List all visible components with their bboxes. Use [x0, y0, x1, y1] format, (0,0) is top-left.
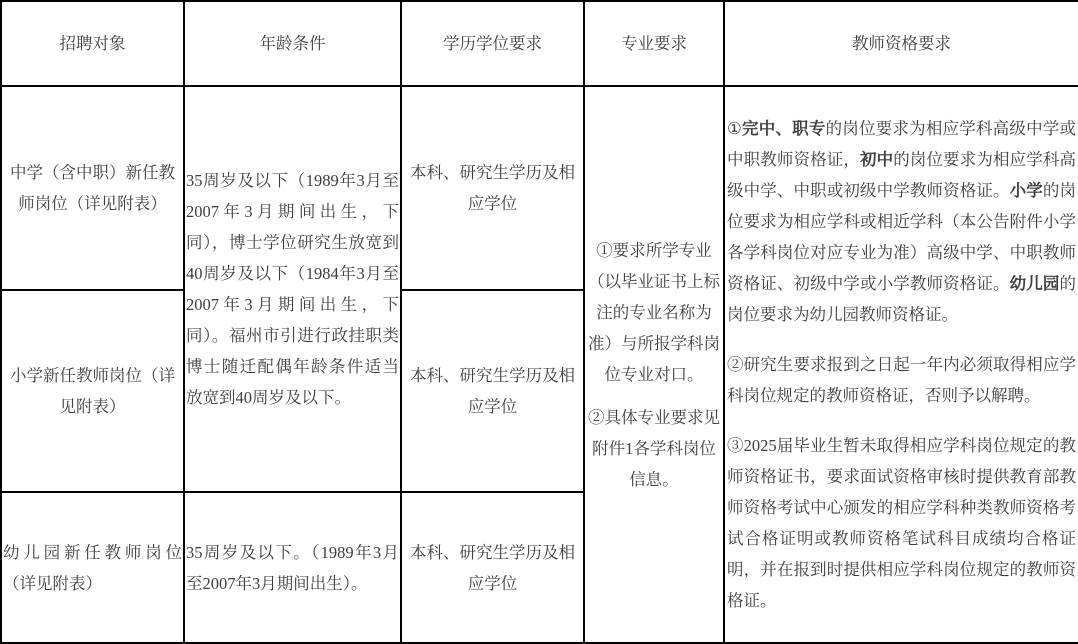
table-row-secondary-school: 中学（含中职）新任教师岗位（详见附表） 35周岁及以下（1989年3月至2007…: [1, 86, 1078, 290]
cell-degree-kindergarten: 本科、研究生学历及相应学位: [401, 492, 584, 643]
header-age-condition: 年龄条件: [184, 1, 401, 86]
major-requirement-item-1: ①要求所学专业（以毕业证书上标注的专业名称为准）与所报学科岗位专业对口。: [587, 235, 721, 390]
cell-target-primary: 小学新任教师岗位（详见附表）: [1, 290, 184, 493]
header-degree-requirement: 学历学位要求: [401, 1, 584, 86]
major-requirement-item-2: ②具体专业要求见附件1各学科岗位信息。: [587, 402, 721, 495]
cell-degree-primary: 本科、研究生学历及相应学位: [401, 290, 584, 493]
cell-age-rows-1-2: 35周岁及以下（1989年3月至2007年3月期间出生，下同），博士学位研究生放…: [184, 86, 401, 492]
cell-target-kindergarten: 幼儿园新任教师岗位（详见附表）: [1, 492, 184, 643]
qualification-item-3: ③2025届毕业生暂未取得相应学科岗位规定的教师资格证书，要求面试资格审核时提供…: [727, 430, 1076, 616]
header-row: 招聘对象 年龄条件 学历学位要求 专业要求 教师资格要求: [1, 1, 1078, 86]
header-recruitment-target: 招聘对象: [1, 1, 184, 86]
recruitment-requirements-table: 招聘对象 年龄条件 学历学位要求 专业要求 教师资格要求 中学（含中职）新任教师…: [0, 0, 1078, 644]
cell-degree-secondary: 本科、研究生学历及相应学位: [401, 86, 584, 290]
qualification-item-2: ②研究生要求报到之日起一年内必须取得相应学科岗位规定的教师资格证，否则予以解聘。: [727, 349, 1076, 411]
cell-target-secondary: 中学（含中职）新任教师岗位（详见附表）: [1, 86, 184, 290]
header-major-requirement: 专业要求: [584, 1, 724, 86]
cell-teacher-qualification: ①完中、职专的岗位要求为相应学科高级中学或中职教师资格证，初中的岗位要求为相应学…: [724, 86, 1078, 643]
cell-major-requirement: ①要求所学专业（以毕业证书上标注的专业名称为准）与所报学科岗位专业对口。 ②具体…: [584, 86, 724, 643]
cell-age-kindergarten: 35周岁及以下。（1989年3月至2007年3月期间出生）。: [184, 492, 401, 643]
qualification-item-1: ①完中、职专的岗位要求为相应学科高级中学或中职教师资格证，初中的岗位要求为相应学…: [727, 113, 1076, 330]
header-teacher-qualification: 教师资格要求: [724, 1, 1078, 86]
